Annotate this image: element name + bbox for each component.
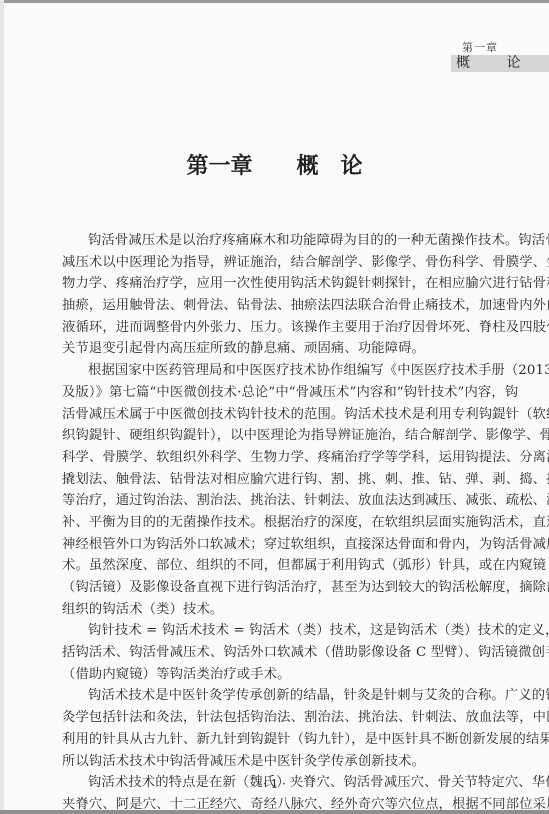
text-line: 神经根管外口为钩活外口软减术；穿过软组织，直接深达骨面和骨内，为钩活骨减压 xyxy=(62,534,514,556)
text-line: 钩针技术 = 钩活术技术 = 钩活术（类）技术，这是钩活术（类）技术的定义，包 xyxy=(62,620,514,642)
paragraph: 钩针技术 = 钩活术技术 = 钩活术（类）技术，这是钩活术（类）技术的定义，包 … xyxy=(62,620,514,685)
text-line: 术。虽然深度、部位、组织的不同，但都属于利用钩式（弧形）针具，或在内窥镜 xyxy=(62,555,514,577)
text-line: （钩活镜）及影像设备直视下进行钩活治疗，甚至为达到较大的钩活松解度，摘除部分 xyxy=(62,577,514,599)
text-line: 括钩活术、钩活骨减压术、钩活外口软减术（借助影像设备 C 型臂）、钩活镜微创手术 xyxy=(62,642,514,664)
page-number: · 1 · xyxy=(0,777,549,791)
text-line: 钩活骨减压术是以治疗疼痛麻木和功能障碍为目的的一种无菌操作技术。钩活骨 xyxy=(62,230,514,252)
page-left-edge xyxy=(0,0,4,814)
text-line: 撬划法、触骨法、钻骨法对相应腧穴进行钩、割、挑、刺、推、钻、弹、剥、捣、抽 xyxy=(62,469,514,491)
paragraph: 钩活骨减压术是以治疗疼痛麻木和功能障碍为目的的一种无菌操作技术。钩活骨 减压术以… xyxy=(62,230,514,360)
running-header-title: 概 论 xyxy=(456,55,536,72)
page-top-edge xyxy=(0,0,549,3)
text-line: 等治疗，通过钩治法、割治法、挑治法、针刺法、放血法达到减压、减张、疏松、温 xyxy=(62,490,514,512)
text-line: 织钩鍉针、硬组织钩鍉针），以中医理论为指导辨证施治，结合解剖学、影像学、骨伤 xyxy=(62,425,514,447)
text-line: 及版）》第七篇“中医微创技术·总论”中“骨减压术”内容和“钩针技术”内容，钩 xyxy=(62,382,514,404)
chapter-number: 第一章 xyxy=(186,153,252,179)
text-line: 关节退变引起骨内高压症所致的静息痛、顽固痛、功能障碍。 xyxy=(62,338,514,360)
text-line: （借助内窥镜）等钩活类治疗或手术。 xyxy=(62,664,514,686)
text-line: 组织的钩活术（类）技术。 xyxy=(62,599,514,621)
text-line: 物力学、疼痛治疗学，应用一次性使用钩活术钩鍉针刺探针，在相应腧穴进行钻骨和 xyxy=(62,273,514,295)
text-line: 液循环，进而调整骨内外张力、压力。该操作主要用于治疗因骨坏死、脊柱及四肢骨 xyxy=(62,317,514,339)
chapter-name: 概 论 xyxy=(297,153,363,179)
chapter-title-spacer xyxy=(252,153,296,179)
paragraph: 钩活术技术是中医针灸学传承创新的结晶，针灸是针刺与艾灸的合称。广义的针 灸学包括… xyxy=(62,685,514,772)
text-line: 减压术以中医理论为指导，辨证施治，结合解剖学、影像学、骨伤科学、骨膜学、生 xyxy=(62,252,514,274)
running-header-chapter: 第一章 xyxy=(462,39,498,55)
chapter-title: 第一章 概 论 xyxy=(0,149,549,180)
text-line: 抽瘀，运用触骨法、刺骨法、钻骨法、抽瘀法四法联合治骨止痛技术，加速骨内外血 xyxy=(62,295,514,317)
text-line: 钩活术技术是中医针灸学传承创新的结晶，针灸是针刺与艾灸的合称。广义的针 xyxy=(62,685,514,707)
text-line: 根据国家中医药管理局和中医医疗技术协作组编写《中医医疗技术手册（2013 普 xyxy=(62,360,514,382)
paragraph: 根据国家中医药管理局和中医医疗技术协作组编写《中医医疗技术手册（2013 普 及… xyxy=(62,360,514,620)
text-line: 灸学包括针法和灸法，针法包括钩治法、割治法、挑治法、针刺法、放血法等，中医 xyxy=(62,707,514,729)
text-line: 所以钩活术技术中钩活骨减压术是中医针灸学传承创新技术。 xyxy=(62,751,514,773)
text-line: 活骨减压术属于中医微创技术钩针技术的范围。钩活术技术是利用专利钩鍉针（软组 xyxy=(62,404,514,426)
text-line: 夹脊穴、阿是穴、十二正经穴、奇经八脉穴、经外奇穴等穴位点，根据不同部位采用 xyxy=(62,794,514,814)
text-line: 利用的针具从古九针、新九针到钩鍉针（钩九针），是中医针具不断创新发展的结果， xyxy=(62,729,514,751)
body-text: 钩活骨减压术是以治疗疼痛麻木和功能障碍为目的的一种无菌操作技术。钩活骨 减压术以… xyxy=(62,230,514,814)
text-line: 科学、骨膜学、软组织外科学、生物力学、疼痛治疗学等学科，运用钩提法、分离法、 xyxy=(62,447,514,469)
text-line: 补、平衡为目的的无菌操作技术。根据治疗的深度，在软组织层面实施钩活术，直达 xyxy=(62,512,514,534)
